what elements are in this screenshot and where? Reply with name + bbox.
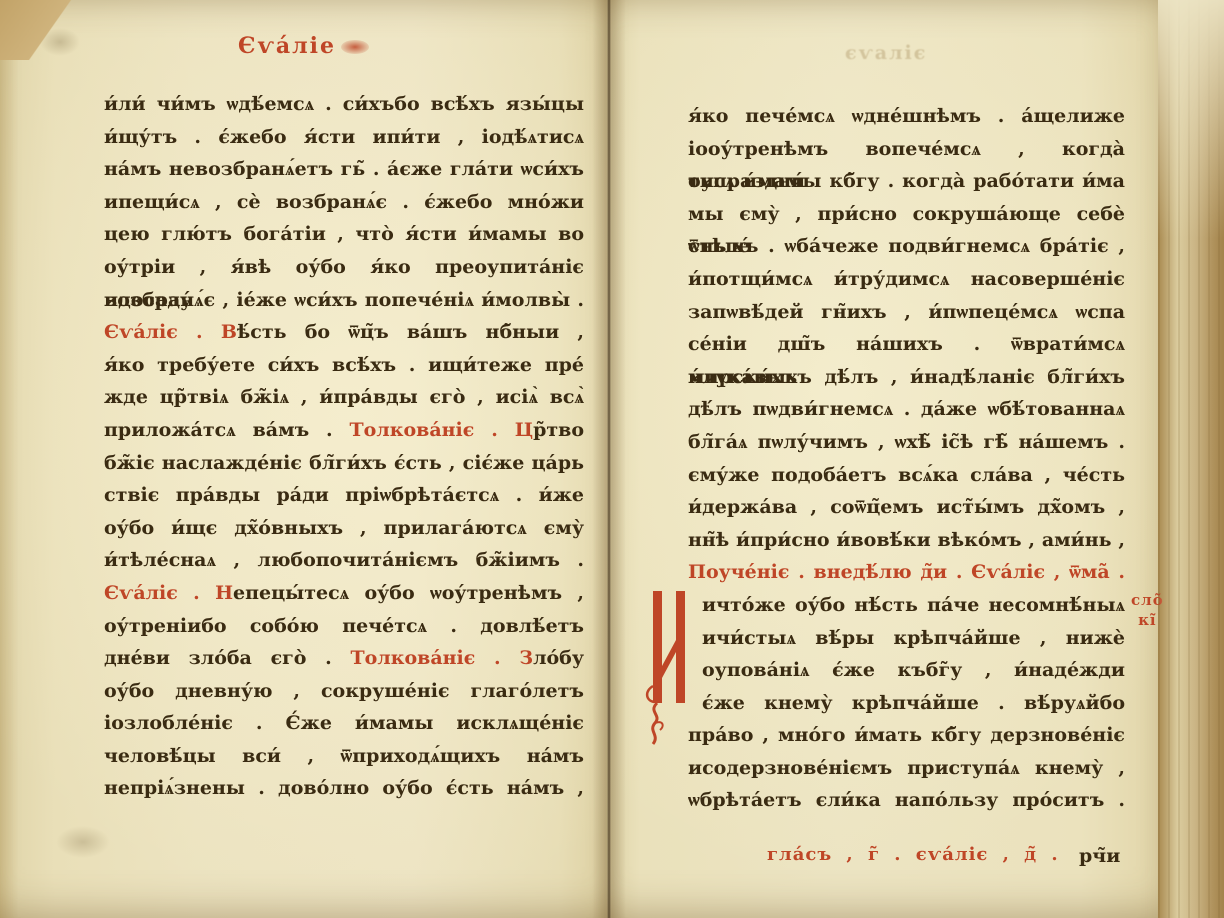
text-line: оу́бо дневну́ю , сокруше́ніє глаго́летъ bbox=[104, 675, 584, 708]
margin-note: сло̃ кі̃ bbox=[1131, 590, 1164, 630]
text-line: пра́во , мно́го и́мать кб̃гу дерзнове́ні… bbox=[688, 719, 1125, 752]
text-line: мы єму̀ , при́сно сокруша́юще себѐ ѿтѣле… bbox=[688, 198, 1125, 231]
text-line: оупова́ніѧ є́же къбг̃у , и́наде́жди bbox=[688, 654, 1125, 687]
body-text: возбранѧ́є , іе́же ѡси́хъ попече́ніѧ и́м… bbox=[104, 289, 584, 311]
body-text: єму́же подоба́етъ всѧ́ка сла́ва , че́сть bbox=[688, 464, 1125, 486]
text-line: я́ко требу́ете си́хъ всѣ́хъ . ищи́теже п… bbox=[104, 349, 584, 382]
text-line: оу́треніибо собо́ю пече́тсѧ . довлѣ́етъ bbox=[104, 610, 584, 643]
body-text: р̃тво bbox=[533, 419, 584, 441]
body-text: ичи́стыѧ вѣ́ры крѣпча́йше , нижѐ bbox=[702, 627, 1125, 649]
text-line: ичто́же оу́бо нѣ́сть па́че несомнѣ́ныѧ bbox=[688, 589, 1125, 622]
rubric-text: Єѵа́ліє . В bbox=[104, 321, 237, 343]
text-line: ѡбрѣта́етъ єли́ка напо́льзу про́ситъ . bbox=[688, 784, 1125, 817]
body-text: оупова́ніѧ є́же къбг̃у , и́наде́жди bbox=[702, 659, 1125, 681]
body-text: и́тѣле́снаѧ , любопочита́ніємъ бж̃іимъ . bbox=[104, 549, 584, 571]
body-text: ствіє пра́вды ра́ди пріѡбрѣта́єтсѧ . и́ж… bbox=[104, 484, 584, 506]
text-line: Єѵа́ліє . Вѣ́сть бо ѿц̃ъ ва́шъ нб̃ныи , bbox=[104, 316, 584, 349]
body-text: и́потщи́мсѧ и́тру́димсѧ насоверше́ніє bbox=[688, 268, 1125, 290]
page-number: рч̃и bbox=[1079, 845, 1120, 867]
text-line: приложа́тсѧ ва́мъ . Толкова́ніє . Цр̃тво bbox=[104, 414, 584, 447]
right-page: єѵаліє я́ко пече́мсѧ ѡдне́шнѣмъ . а́щели… bbox=[607, 0, 1158, 918]
text-line: и́потщи́мсѧ и́тру́димсѧ насоверше́ніє bbox=[688, 263, 1125, 296]
text-line: жде цр̃твіѧ бж̃іѧ , и́пра́вды єго̀ , исі… bbox=[104, 381, 584, 414]
text-line: тисѧ и́мамы кб̃гу . когда̀ рабо́тати и́м… bbox=[688, 165, 1125, 198]
text-line: непріѧ́знены . дово́лно оу́бо є́сть на́м… bbox=[104, 772, 584, 805]
footer-signature: гла́съ , г̃ . єѵа́ліє , д̃ . bbox=[767, 844, 1059, 865]
body-text: ипещи́сѧ , сѐ возбранѧ́є . є́жебо мно́жи bbox=[104, 191, 584, 213]
margin-note-line: кі̃ bbox=[1131, 610, 1164, 630]
text-line: іооу́тренѣмъ вопече́мсѧ , когда̀ оупразд… bbox=[688, 133, 1125, 166]
body-text: и́щу́тъ . є́жебо я́сти ипи́ти , іодѣ́ѧти… bbox=[104, 126, 584, 148]
margin-note-line: сло̃ bbox=[1131, 590, 1164, 610]
body-text: оу́бо дневну́ю , сокруше́ніє глаго́летъ bbox=[104, 680, 584, 702]
text-line: дне́ви зло́ба єго̀ . Толкова́ніє . Зло́б… bbox=[104, 642, 584, 675]
rubric-text: Єѵа́ліє . Н bbox=[104, 582, 233, 604]
text-line: дѣ́лъ пѡдви́гнемсѧ . да́же ѡбѣ́тованнаѧ bbox=[688, 393, 1125, 426]
body-text: епецы́тесѧ оу́бо ѡоу́тренѣмъ , bbox=[233, 582, 584, 604]
text-line: нн̃ѣ и́при́сно и́вовѣ́ки вѣко́мъ , ами́н… bbox=[688, 524, 1125, 557]
body-text: іозлобле́ніє . Є́же и́мамы исклѧще́ніє bbox=[104, 712, 584, 734]
body-text: ло́бу bbox=[533, 647, 584, 669]
body-text: оу́бо и́щє дх̃о́вныхъ , прилага́ютсѧ єму… bbox=[104, 517, 584, 539]
text-line: и́ли́ чи́мъ ѡдѣ́емсѧ . си́хъбо всѣ́хъ яз… bbox=[104, 88, 584, 121]
page-edge-strips bbox=[1158, 0, 1224, 918]
text-line: Поуче́ніє . внедѣ́лю д̃и . Єѵа́ліє , ѿма… bbox=[688, 556, 1125, 589]
body-text: сныхъ . ѡба́чеже подви́гнемсѧ бра́тіє , bbox=[688, 235, 1125, 257]
text-line: и́щу́тъ . є́жебо я́сти ипи́ти , іодѣ́ѧти… bbox=[104, 121, 584, 154]
text-line: Єѵа́ліє . Непецы́тесѧ оу́бо ѡоу́тренѣмъ … bbox=[104, 577, 584, 610]
text-line: се́ніи дш̃ъ на́шихъ . ѿврати́мсѧ мирски́… bbox=[688, 328, 1125, 361]
text-line: оу́тріи , я́вѣ оу́бо я́ко преоупита́ніє … bbox=[104, 251, 584, 284]
rubric-text: Толкова́ніє . З bbox=[351, 647, 534, 669]
text-line: и́лука́выхъ дѣ́лъ , и́надѣ́ланіє бл̃ги́х… bbox=[688, 361, 1125, 394]
text-line: сныхъ . ѡба́чеже подви́гнемсѧ бра́тіє , bbox=[688, 230, 1125, 263]
rubric-text: Поуче́ніє . внедѣ́лю д̃и . Єѵа́ліє , ѿма… bbox=[688, 561, 1125, 583]
body-text: бл̃га́ѧ пѡлу́чимъ , ѡхѣ̃ іс̃ѣ гѣ̃ на́шем… bbox=[688, 431, 1125, 453]
body-text: человѣ́цы вси́ , ѿприходѧ́щихъ на́мъ bbox=[104, 745, 584, 767]
body-text: ичто́же оу́бо нѣ́сть па́че несомнѣ́ныѧ bbox=[702, 594, 1125, 616]
left-text-block: и́ли́ чи́мъ ѡдѣ́емсѧ . си́хъбо всѣ́хъ яз… bbox=[104, 88, 584, 805]
body-text: тисѧ и́мамы кб̃гу . когда̀ рабо́тати и́м… bbox=[688, 170, 1125, 192]
ink-smudge bbox=[56, 826, 110, 858]
text-line: ствіє пра́вды ра́ди пріѡбрѣта́єтсѧ . и́ж… bbox=[104, 479, 584, 512]
body-text: на́мъ невозбранѧ́етъ гь̃ . а́єже гла́ти … bbox=[104, 158, 584, 180]
body-text: нн̃ѣ и́при́сно и́вовѣ́ки вѣко́мъ , ами́н… bbox=[688, 529, 1125, 551]
body-text: запѡвѣ́дей гн̃ихъ , и́пѡпеце́мсѧ ѡспа bbox=[688, 301, 1125, 323]
body-text: ѣ́сть бо ѿц̃ъ ва́шъ нб̃ныи , bbox=[237, 321, 584, 343]
body-text: цею глю́тъ бога́тіи , что̀ я́сти и́мамы … bbox=[104, 223, 584, 245]
left-page: Єѵа́ліе и́ли́ чи́мъ ѡдѣ́емсѧ . си́хъбо в… bbox=[0, 0, 607, 918]
text-line: іозлобле́ніє . Є́же и́мамы исклѧще́ніє bbox=[104, 707, 584, 740]
body-text: исодерзнове́ніємъ приступа́ѧ кнему̀ , bbox=[688, 757, 1125, 779]
body-text: бж̃іє наслажде́ніє бл̃ги́хъ є́сть , сіє́… bbox=[104, 452, 584, 474]
rubric-text: Толкова́ніє . Ц bbox=[350, 419, 534, 441]
body-text: непріѧ́знены . дово́лно оу́бо є́сть на́м… bbox=[104, 777, 584, 799]
body-text: и́ли́ чи́мъ ѡдѣ́емсѧ . си́хъбо всѣ́хъ яз… bbox=[104, 93, 584, 115]
book-spread: Єѵа́ліе и́ли́ чи́мъ ѡдѣ́емсѧ . си́хъбо в… bbox=[0, 0, 1224, 918]
text-line: запѡвѣ́дей гн̃ихъ , и́пѡпеце́мсѧ ѡспа bbox=[688, 296, 1125, 329]
text-line: єму́же подоба́етъ всѧ́ка сла́ва , че́сть bbox=[688, 459, 1125, 492]
text-line: бж̃іє наслажде́ніє бл̃ги́хъ є́сть , сіє́… bbox=[104, 447, 584, 480]
body-text: и́держа́ва , соѿц̃емъ ист̃ы́мъ дх̃омъ , bbox=[688, 496, 1125, 518]
body-text: я́ко пече́мсѧ ѡдне́шнѣмъ . а́щелиже bbox=[688, 105, 1125, 127]
body-text: є́же кнему̀ крѣпча́йше . вѣ́руѧйбо bbox=[702, 692, 1125, 714]
text-line: возбранѧ́є , іе́же ѡси́хъ попече́ніѧ и́м… bbox=[104, 284, 584, 317]
right-text-block: я́ко пече́мсѧ ѡдне́шнѣмъ . а́щелижеіооу́… bbox=[688, 100, 1125, 817]
text-line: оу́бо и́щє дх̃о́вныхъ , прилага́ютсѧ єму… bbox=[104, 512, 584, 545]
body-text: жде цр̃твіѧ бж̃іѧ , и́пра́вды єго̀ , исі… bbox=[104, 386, 584, 408]
text-line: є́же кнему̀ крѣпча́йше . вѣ́руѧйбо bbox=[688, 687, 1125, 720]
text-line: человѣ́цы вси́ , ѿприходѧ́щихъ на́мъ bbox=[104, 740, 584, 773]
ghost-running-title: єѵаліє bbox=[845, 42, 927, 64]
text-line: на́мъ невозбранѧ́етъ гь̃ . а́єже гла́ти … bbox=[104, 153, 584, 186]
body-text: приложа́тсѧ ва́мъ . bbox=[104, 419, 350, 441]
text-line: ипещи́сѧ , сѐ возбранѧ́є . є́жебо мно́жи bbox=[104, 186, 584, 219]
body-text: дне́ви зло́ба єго̀ . bbox=[104, 647, 351, 669]
body-text: я́ко требу́ете си́хъ всѣ́хъ . ищи́теже п… bbox=[104, 354, 584, 376]
text-line: бл̃га́ѧ пѡлу́чимъ , ѡхѣ̃ іс̃ѣ гѣ̃ на́шем… bbox=[688, 426, 1125, 459]
body-text: ѡбрѣта́етъ єли́ка напо́льзу про́ситъ . bbox=[688, 789, 1125, 811]
text-line: цею глю́тъ бога́тіи , что̀ я́сти и́мамы … bbox=[104, 218, 584, 251]
text-line: исодерзнове́ніємъ приступа́ѧ кнему̀ , bbox=[688, 752, 1125, 785]
text-line: и́тѣле́снаѧ , любопочита́ніємъ бж̃іимъ . bbox=[104, 544, 584, 577]
body-text: и́лука́выхъ дѣ́лъ , и́надѣ́ланіє бл̃ги́х… bbox=[688, 366, 1125, 388]
text-line: я́ко пече́мсѧ ѡдне́шнѣмъ . а́щелиже bbox=[688, 100, 1125, 133]
body-text: оу́треніибо собо́ю пече́тсѧ . довлѣ́етъ bbox=[104, 615, 584, 637]
text-line: ичи́стыѧ вѣ́ры крѣпча́йше , нижѐ bbox=[688, 622, 1125, 655]
text-line: и́держа́ва , соѿц̃емъ ист̃ы́мъ дх̃омъ , bbox=[688, 491, 1125, 524]
drop-cap-initial-N bbox=[645, 588, 691, 748]
running-title: Єѵа́ліе bbox=[0, 33, 607, 59]
body-text: дѣ́лъ пѡдви́гнемсѧ . да́же ѡбѣ́тованнаѧ bbox=[688, 398, 1125, 420]
